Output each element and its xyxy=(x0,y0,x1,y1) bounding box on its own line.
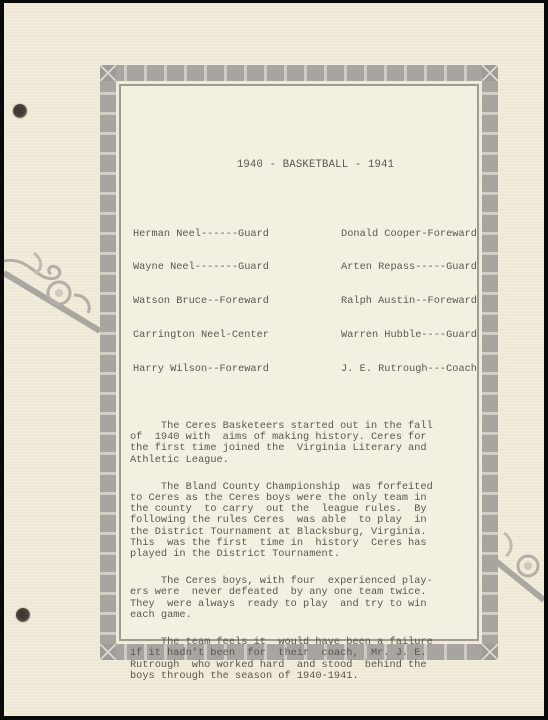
paragraph-record: The Ceres boys, with four experienced pl… xyxy=(130,576,475,621)
roster-entry: Carrington Neel-Center xyxy=(133,330,269,341)
document-title: 1940 - BASKETBALL - 1941 xyxy=(156,160,475,171)
paragraph-championship: The Bland County Championship was forfei… xyxy=(130,482,475,560)
roster-column-left: Herman Neel------Guard Wayne Neel-------… xyxy=(133,206,269,398)
team-roster: Herman Neel------Guard Wayne Neel-------… xyxy=(130,206,475,398)
binder-hole-top xyxy=(13,104,27,118)
roster-entry: Donald Cooper-Foreward xyxy=(341,229,477,240)
left-ornamental-bracket xyxy=(4,243,104,333)
roster-entry: Harry Wilson--Foreward xyxy=(133,364,269,375)
roster-entry: Herman Neel------Guard xyxy=(133,229,269,240)
typed-document: 1940 - BASKETBALL - 1941 Herman Neel----… xyxy=(130,160,475,682)
paragraph-coach: The team feels it would have been a fail… xyxy=(130,637,475,682)
roster-entry: Warren Hubble----Guard xyxy=(341,330,477,341)
roster-column-right: Donald Cooper-Foreward Arten Repass-----… xyxy=(341,206,477,398)
roster-entry: Watson Bruce--Foreward xyxy=(133,296,269,307)
roster-entry: Ralph Austin--Foreward xyxy=(341,296,477,307)
right-ornamental-bracket xyxy=(492,528,544,608)
binder-hole-bottom xyxy=(16,608,30,622)
roster-entry: J. E. Rutrough---Coach xyxy=(341,364,477,375)
roster-entry: Arten Repass-----Guard xyxy=(341,262,477,273)
paragraph-season-start: The Ceres Basketeers started out in the … xyxy=(130,421,475,466)
roster-entry: Wayne Neel-------Guard xyxy=(133,262,269,273)
